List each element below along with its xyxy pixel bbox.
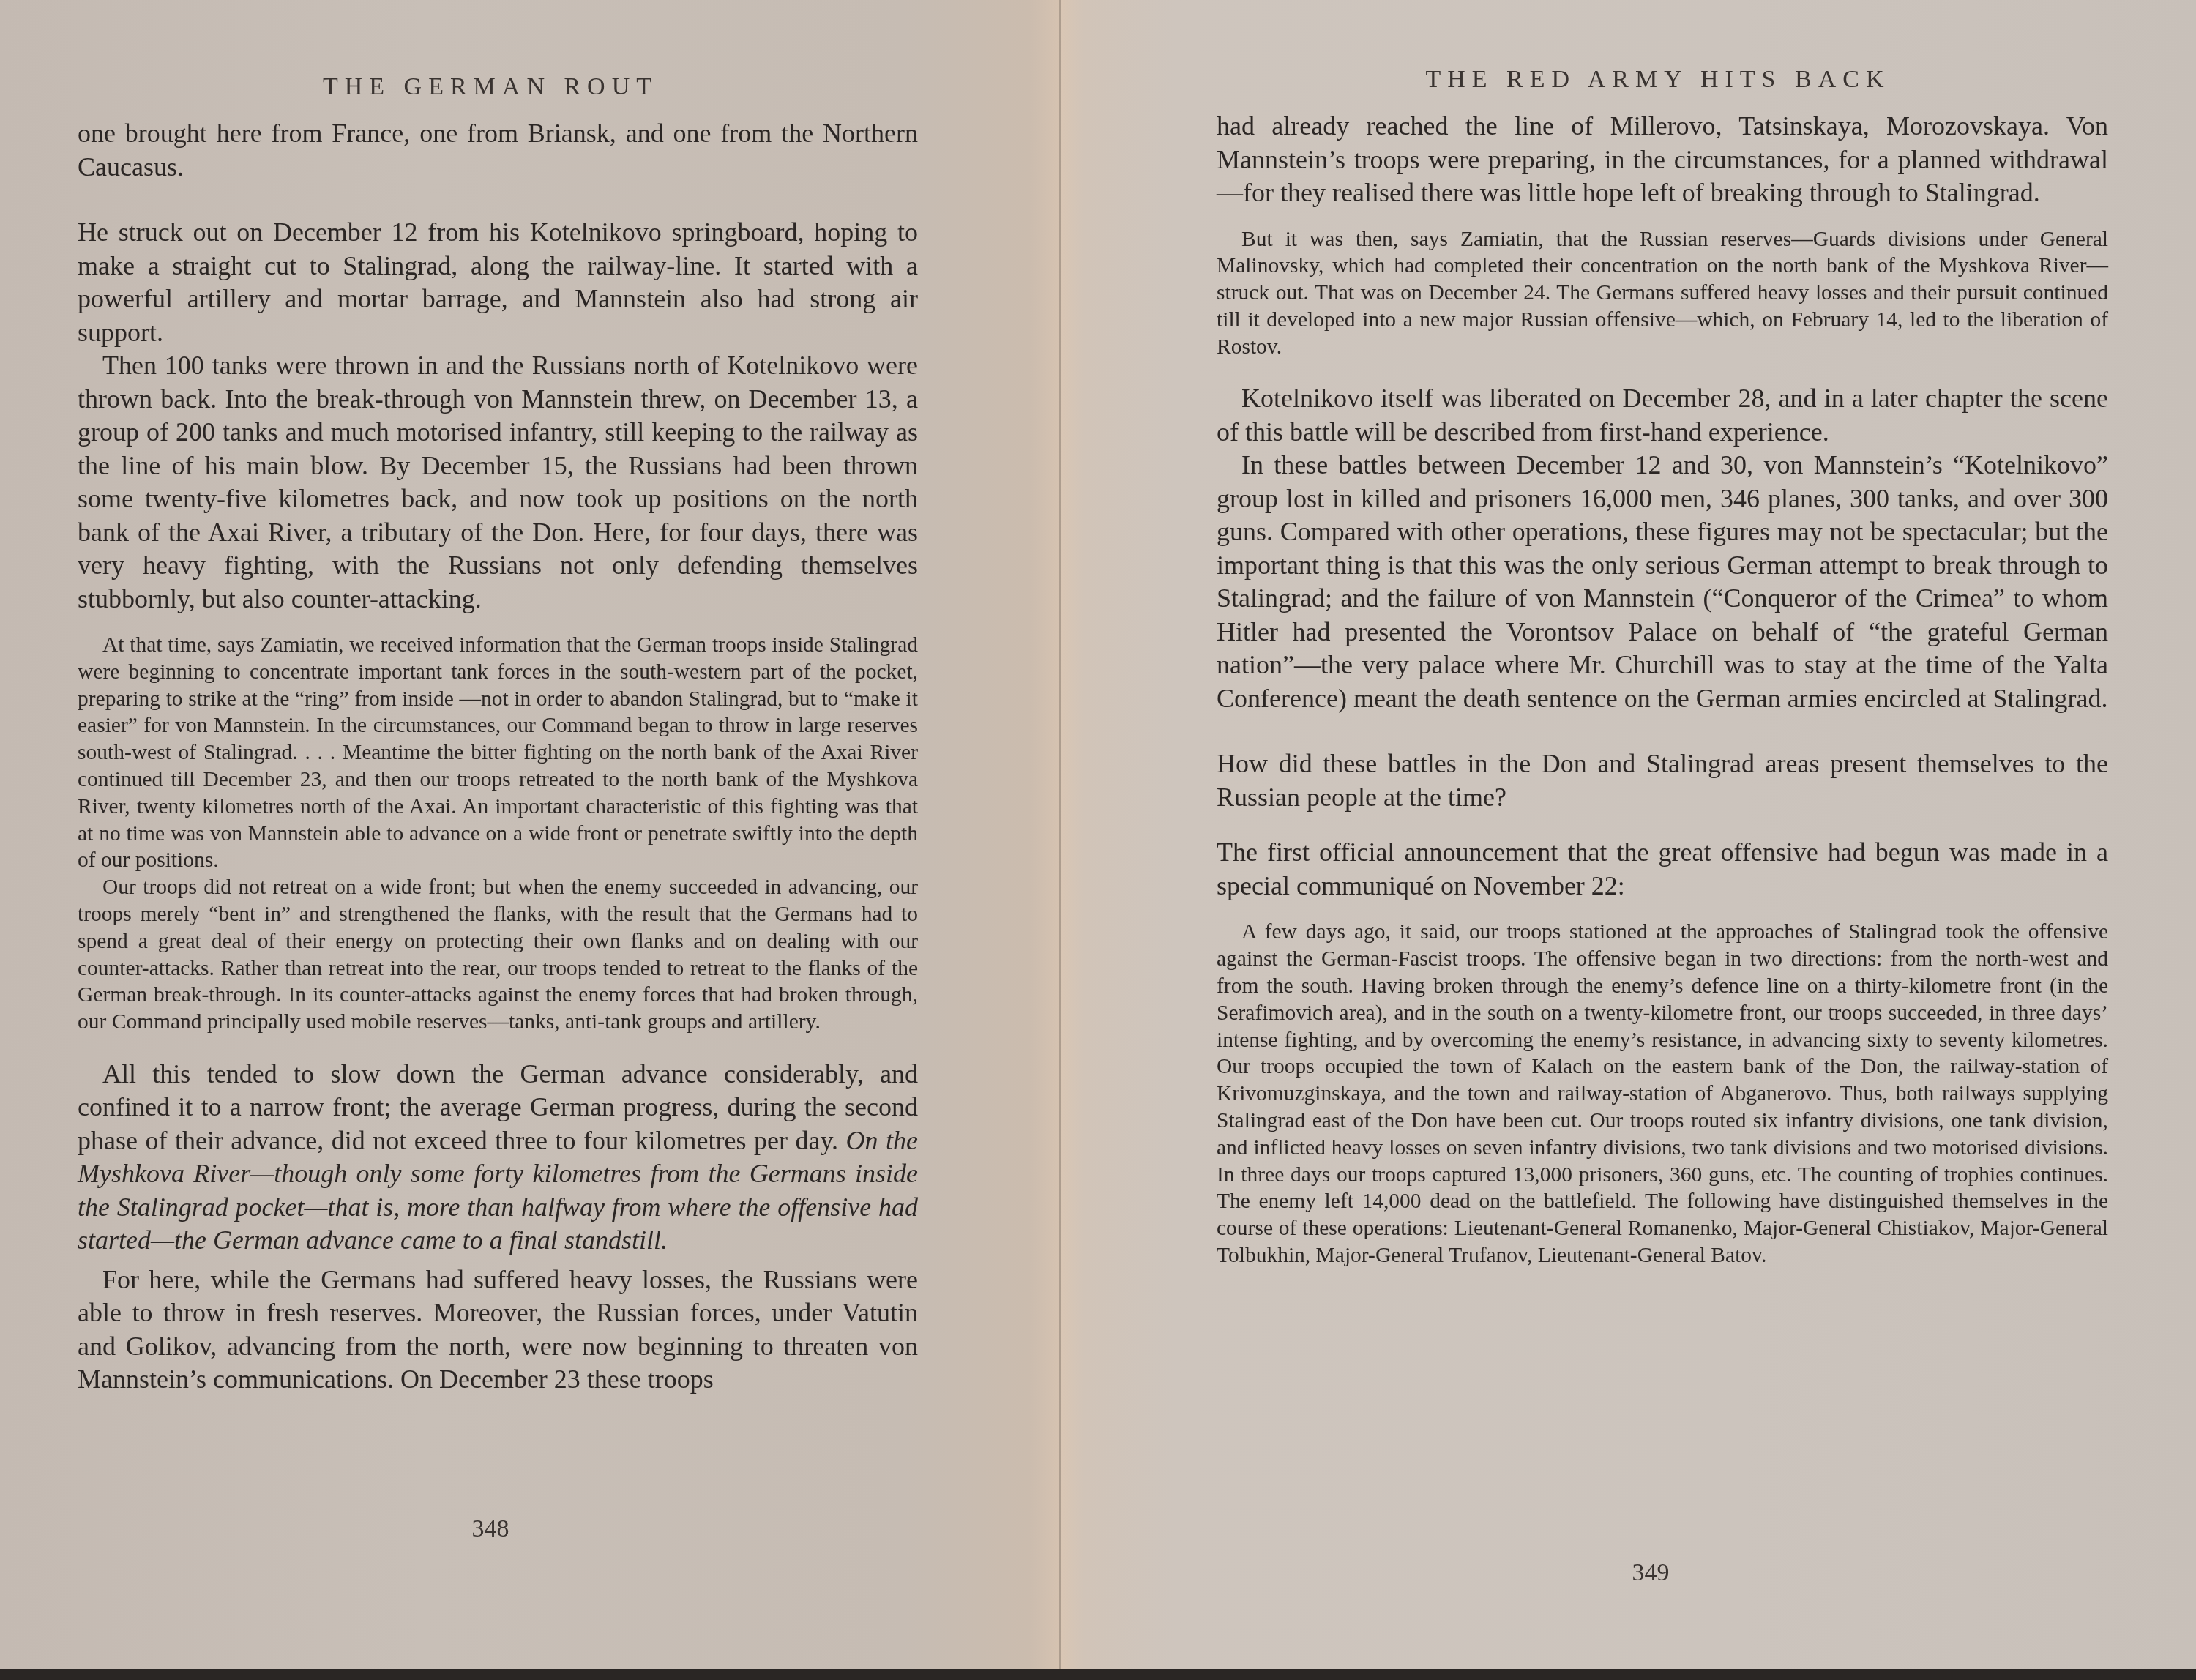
paragraph: How did these battles in the Don and Sta… [1217,747,2108,814]
left-running-head: THE GERMAN ROUT [249,73,732,101]
paragraph: He struck out on December 12 from his Ko… [78,216,918,349]
right-page-number: 349 [1607,1559,1695,1587]
block-quote: At that time, says Zamiatin, we received… [78,632,918,874]
right-running-head: THE RED ARMY HITS BACK [1369,66,1947,94]
left-body: one brought here from France, one from B… [78,117,918,1397]
paragraph: had already reached the line of Millerov… [1217,110,2108,210]
paragraph: All this tended to slow down the German … [78,1058,918,1258]
table-surface-edge [0,1669,2196,1680]
open-book-spread: THE GERMAN ROUT one brought here from Fr… [0,0,2196,1669]
right-body: had already reached the line of Millerov… [1217,110,2108,1269]
paragraph: Then 100 tanks were thrown in and the Ru… [78,349,918,616]
paragraph: one brought here from France, one from B… [78,117,918,184]
paragraph: The first official announcement that the… [1217,836,2108,903]
right-page: THE RED ARMY HITS BACK had already reach… [1061,0,2196,1669]
paragraph: Kotelnikovo itself was liberated on Dece… [1217,382,2108,449]
block-quote: Our troops did not retreat on a wide fro… [78,874,918,1036]
paragraph: For here, while the Germans had suffered… [78,1263,918,1397]
left-page: THE GERMAN ROUT one brought here from Fr… [0,0,1061,1669]
paragraph: In these battles between December 12 and… [1217,449,2108,715]
block-quote: But it was then, says Zamiatin, that the… [1217,226,2108,361]
block-quote: A few days ago, it said, our troops stat… [1217,919,2108,1269]
paragraph-roman-text: All this tended to slow down the German … [78,1059,918,1155]
left-page-number: 348 [447,1515,534,1543]
